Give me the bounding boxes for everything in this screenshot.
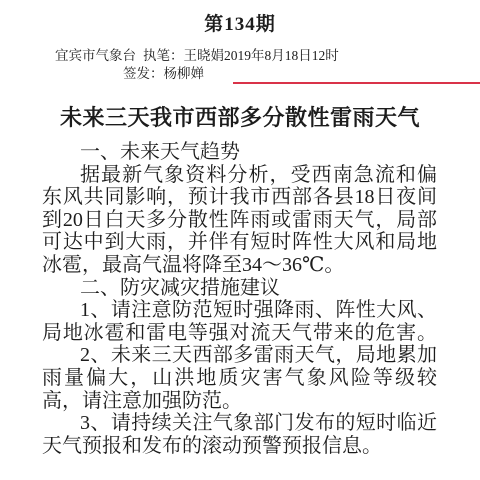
body-line: 1、请注意防范短时强降雨、阵性大风、 — [42, 299, 437, 322]
body-line: 3、请持续关注气象部门发布的短时临近 — [42, 412, 437, 435]
body-line: 雨量偏大，山洪地质灾害气象风险等级较 — [42, 367, 437, 390]
header-line-writer: 宜宾市气象台执笔：王晓娟2019年8月18日12时 — [55, 47, 480, 65]
weather-bulletin-document: 第134期 宜宾市气象台执笔：王晓娟2019年8月18日12时 签发：杨柳婵 未… — [0, 0, 480, 480]
body-line-section-2-heading: 二、防灾减灾措施建议 — [42, 277, 437, 300]
issue-datetime: 2019年8月18日12时 — [224, 48, 339, 63]
body-line: 可达中到大雨，并伴有短时阵性大风和局地 — [42, 231, 437, 254]
body-line: 局地冰雹和雷电等强对流天气带来的危害。 — [42, 322, 437, 345]
body-line: 冰雹，最高气温将降至34～36℃。 — [42, 254, 437, 277]
body-line: 据最新气象资料分析，受西南急流和偏 — [42, 164, 437, 187]
body-line: 高，请注意加强防范。 — [42, 390, 437, 413]
body-line: 2、未来三天西部多雷雨天气，局地累加 — [42, 344, 437, 367]
bulletin-header: 宜宾市气象台执笔：王晓娟2019年8月18日12时 签发：杨柳婵 — [55, 47, 480, 83]
issue-number: 第134期 — [0, 9, 480, 36]
signer-credit: 签发：杨柳婵 — [123, 66, 204, 81]
body-line: 东风共同影响，预计我市西部各县18日夜间 — [42, 186, 437, 209]
header-line-signer: 签发：杨柳婵 — [123, 65, 480, 83]
bulletin-body: 一、未来天气趋势 据最新气象资料分析，受西南急流和偏 东风共同影响，预计我市西部… — [42, 141, 437, 457]
body-line: 到20日白天多分散性阵雨或雷雨天气，局部 — [42, 209, 437, 232]
bulletin-title: 未来三天我市西部多分散性雷雨天气 — [0, 101, 480, 132]
body-line-section-1-heading: 一、未来天气趋势 — [42, 141, 437, 164]
issuing-office: 宜宾市气象台 — [55, 48, 136, 63]
red-divider-line — [233, 82, 480, 84]
writer-credit: 执笔：王晓娟 — [143, 48, 224, 63]
body-line: 天气预报和发布的滚动预警预报信息。 — [42, 435, 437, 458]
